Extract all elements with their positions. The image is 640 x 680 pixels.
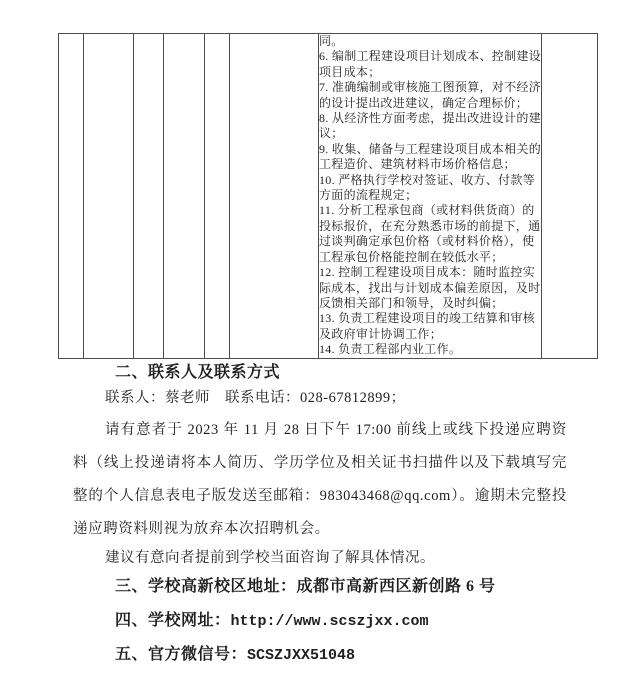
table-cell-empty bbox=[134, 34, 164, 359]
application-instructions-paragraph: 请有意者于 2023 年 11 月 28 日下午 17:00 前线上或线下投递应… bbox=[73, 414, 567, 546]
contact-person-line: 联系人：蔡老师 联系电话：028-67812899； bbox=[105, 389, 406, 407]
section-heading-website: 四、学校网址：http://www.scszjxx.com bbox=[115, 611, 429, 632]
website-label: 四、学校网址： bbox=[115, 612, 231, 629]
duty-line: 7. 准确编制或审核施工图预算，对不经济的设计提出改进建议，确定合理标价； bbox=[319, 80, 541, 111]
duty-line: 13. 负责工程建设项目的竣工结算和审核及政府审计协调工作； bbox=[319, 311, 541, 342]
table-cell-empty bbox=[84, 34, 134, 359]
website-url: http://www.scszjxx.com bbox=[231, 613, 429, 630]
wechat-id: SCSZJXX51048 bbox=[247, 647, 355, 664]
duty-line: 8. 从经济性方面考虑，提出改进设计的建议； bbox=[319, 111, 541, 142]
duty-line: 同。 bbox=[319, 34, 541, 49]
duty-line: 11. 分析工程承包商（或材料供货商）的投标报价，在充分熟悉市场的前提下，通过谈… bbox=[319, 203, 541, 265]
section-heading-contact: 二、联系人及联系方式 bbox=[115, 363, 280, 383]
table-cell-empty bbox=[59, 34, 84, 359]
duty-line: 14. 负责工程部内业工作。 bbox=[319, 342, 541, 357]
table-cell-empty bbox=[542, 34, 598, 359]
section-heading-address: 三、学校高新校区地址：成都市高新西区新创路 6 号 bbox=[115, 577, 496, 597]
table-cell-empty bbox=[205, 34, 230, 359]
table-cell-duties: 同。6. 编制工程建设项目计划成本、控制建设项目成本；7. 准确编制或审核施工图… bbox=[319, 34, 542, 359]
job-duties-table: 同。6. 编制工程建设项目计划成本、控制建设项目成本；7. 准确编制或审核施工图… bbox=[58, 33, 598, 359]
document-page: 同。6. 编制工程建设项目计划成本、控制建设项目成本；7. 准确编制或审核施工图… bbox=[0, 0, 640, 680]
section-heading-wechat: 五、官方微信号：SCSZJXX51048 bbox=[115, 645, 355, 666]
table-row: 同。6. 编制工程建设项目计划成本、控制建设项目成本；7. 准确编制或审核施工图… bbox=[59, 34, 598, 359]
duty-line: 12. 控制工程建设项目成本：随时监控实际成本，找出与计划成本偏差原因，及时反馈… bbox=[319, 265, 541, 311]
table-cell-empty bbox=[230, 34, 319, 359]
duty-line: 6. 编制工程建设项目计划成本、控制建设项目成本； bbox=[319, 49, 541, 80]
duty-line: 9. 收集、储备与工程建设项目成本相关的工程造价、建筑材料市场价格信息； bbox=[319, 142, 541, 173]
advice-line: 建议有意向者提前到学校当面咨询了解具体情况。 bbox=[105, 549, 435, 567]
table-cell-empty bbox=[164, 34, 205, 359]
duty-line: 10. 严格执行学校对签证、收方、付款等方面的流程规定； bbox=[319, 173, 541, 204]
wechat-label: 五、官方微信号： bbox=[115, 646, 247, 663]
